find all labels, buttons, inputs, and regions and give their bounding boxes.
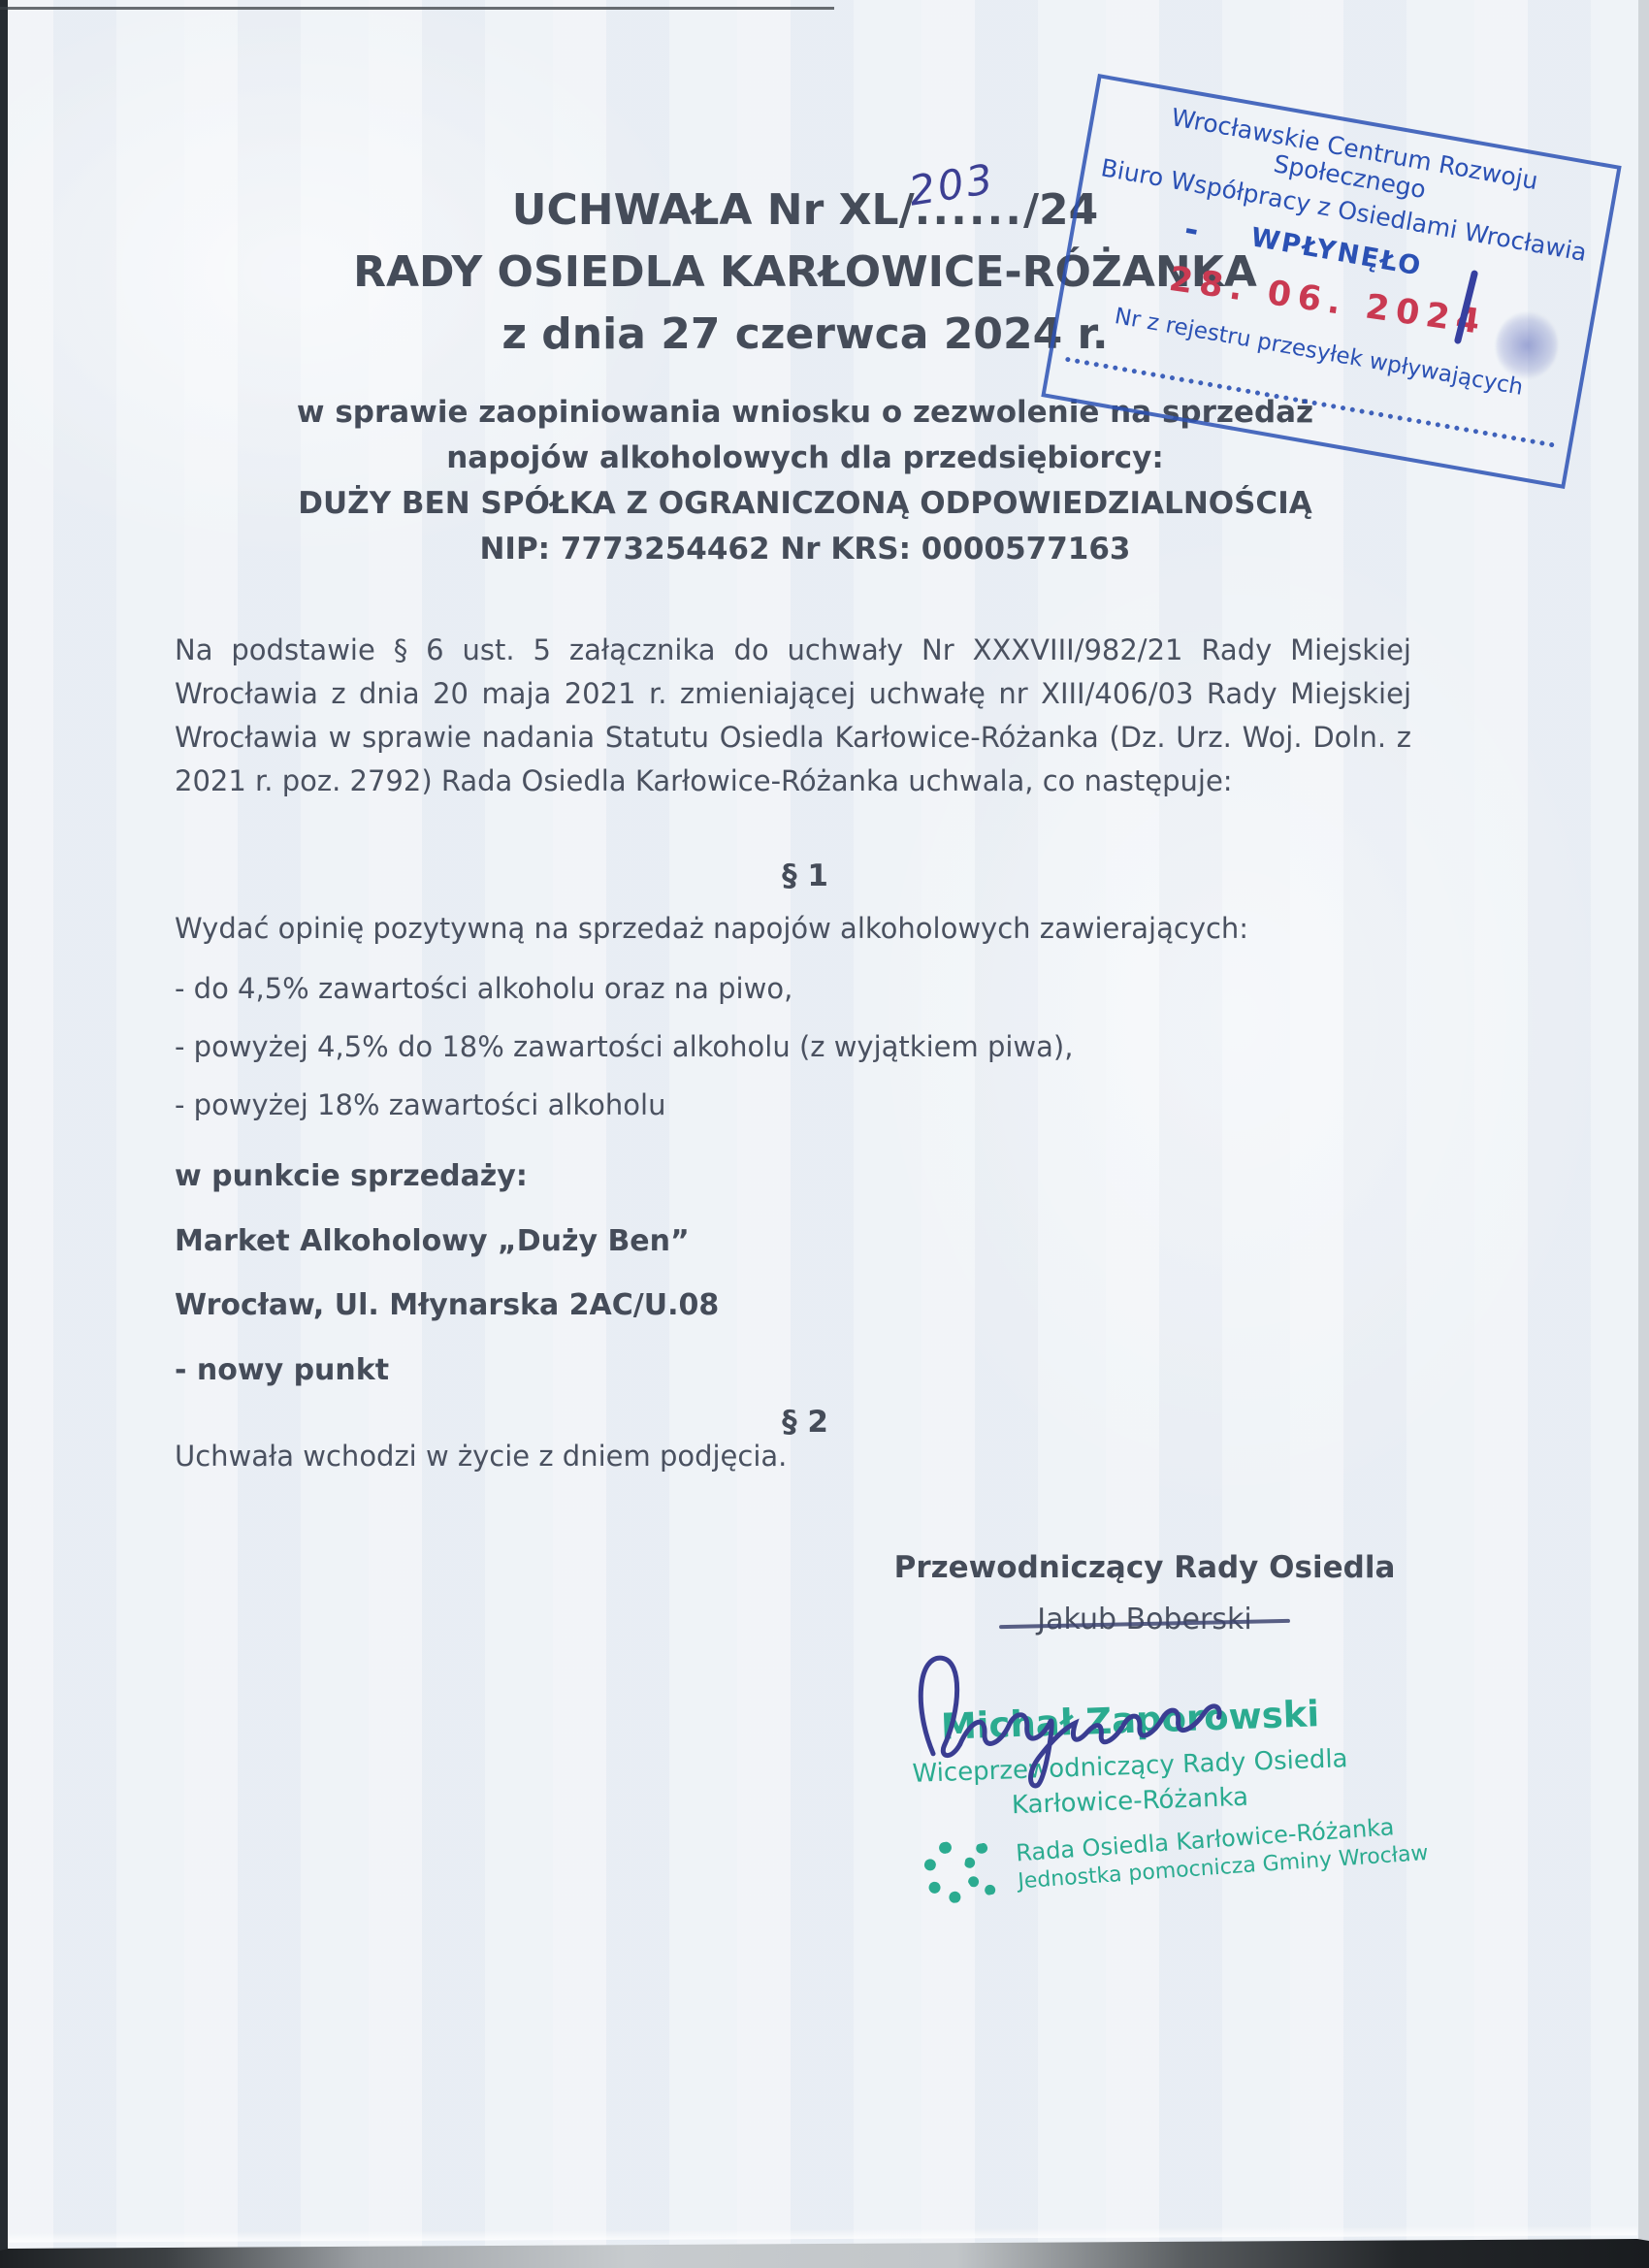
section-2-text: Uchwała wchodzi w życie z dniem podjęcia…	[175, 1440, 787, 1473]
paper-bottom-edge	[8, 2225, 1637, 2242]
point-of-sale-note: - nowy punkt	[175, 1353, 389, 1387]
signatory-role: Przewodniczący Rady Osiedla	[873, 1550, 1416, 1585]
point-of-sale-name: Market Alkoholowy „Duży Ben”	[175, 1224, 690, 1258]
council-logo-crescents-icon	[919, 1828, 1019, 1916]
subject-line: NIP: 7773254462 Nr KRS: 0000577163	[0, 527, 1610, 572]
section-1-intro: Wydać opinię pozytywną na sprzedaż napoj…	[175, 912, 1248, 945]
section-1-bullet: - powyżej 4,5% do 18% zawartości alkohol…	[175, 1030, 1073, 1063]
title-number-prefix: UCHWAŁA Nr XL/	[512, 185, 915, 235]
scan-right-edge	[1638, 0, 1649, 2268]
handwritten-signature	[898, 1621, 1255, 1804]
point-of-sale-address: Wrocław, Ul. Młynarska 2AC/U.08	[175, 1288, 719, 1322]
legal-basis-paragraph: Na podstawie § 6 ust. 5 załącznika do uc…	[175, 629, 1411, 803]
section-1-bullet: - do 4,5% zawartości alkoholu oraz na pi…	[175, 972, 792, 1005]
section-1-bullet: - powyżej 18% zawartości alkoholu	[175, 1088, 665, 1121]
subject-line: DUŻY BEN SPÓŁKA Z OGRANICZONĄ ODPOWIEDZI…	[0, 481, 1610, 527]
section-1-header: § 1	[0, 859, 1610, 893]
point-of-sale-label: w punkcie sprzedaży:	[175, 1159, 528, 1193]
handwritten-resolution-number: 203	[904, 147, 999, 222]
scanner-background-band	[0, 2237, 1649, 2268]
scan-top-edge	[0, 7, 834, 10]
scanned-resolution-document: UCHWAŁA Nr XL/......203/24 RADY OSIEDLA …	[0, 0, 1649, 2268]
resolution-number-field: ......203	[915, 179, 1023, 242]
section-2-header: § 2	[0, 1405, 1610, 1440]
